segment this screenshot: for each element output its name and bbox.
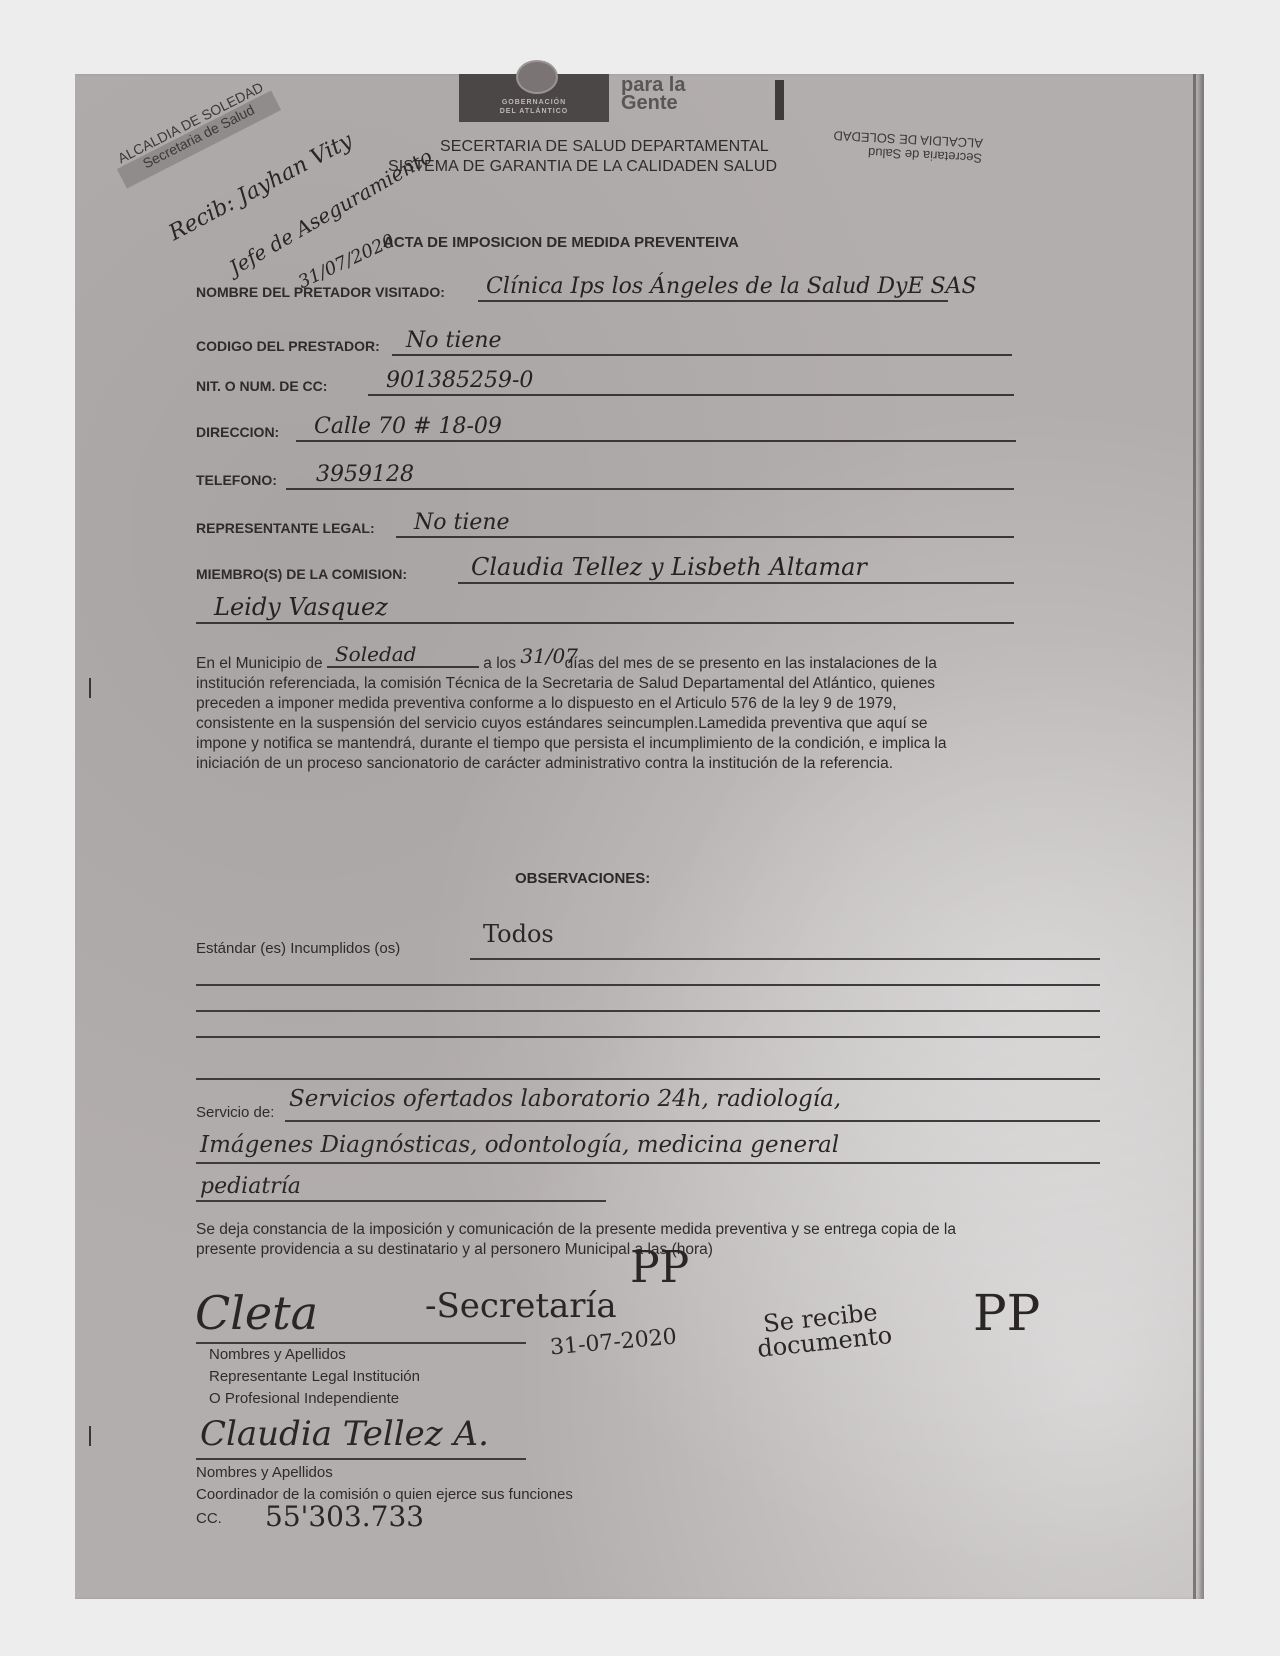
- globe-emblem-icon: [516, 60, 558, 94]
- rep-caption-line3: O Profesional Independiente: [209, 1390, 399, 1407]
- servicio-value-line3: pediatría: [200, 1174, 301, 1199]
- gobernacion-logo: GOBERNACIÓN DEL ATLÁNTICO: [459, 74, 609, 122]
- statement-paragraph: En el Municipio de Soledad a los 31/07 d…: [196, 648, 976, 774]
- field-representante-legal: REPRESENTANTE LEGAL: No tiene: [196, 512, 1016, 538]
- coord-caption-line1: Nombres y Apellidos: [196, 1464, 333, 1481]
- alcaldia-stamp-right: Secretaria de Salud ALCALDIA DE SOLEDAD: [832, 128, 983, 166]
- rep-caption-line2: Representante Legal Institución: [209, 1368, 420, 1385]
- cc-label: CC.: [196, 1510, 222, 1527]
- logo-slogan: para la Gente: [621, 76, 685, 112]
- municipio-fill: Soledad: [327, 648, 479, 668]
- day-fill: 31/07: [520, 650, 560, 668]
- logo-org-line1: GOBERNACIÓN: [459, 98, 609, 107]
- field-prestador-name: NOMBRE DEL PRETADOR VISITADO: Clínica Ip…: [196, 276, 1156, 302]
- logo-divider: [775, 80, 784, 120]
- margin-mark: [89, 678, 91, 698]
- estandares-label: Estándar (es) Incumplidos (os): [196, 940, 400, 957]
- field-direccion: DIRECCION: Calle 70 # 18-09: [196, 416, 1016, 442]
- header-system: SISTEMA DE GARANTIA DE LA CALIDADEN SALU…: [388, 158, 777, 176]
- field-nit: NIT. O NUM. DE CC: 901385259-0: [196, 370, 1016, 396]
- scanned-document-page: GOBERNACIÓN DEL ATLÁNTICO para la Gente …: [75, 74, 1204, 1599]
- alcaldia-stamp-left: ALCALDIA DE SOLEDAD Secretaria de Salud: [115, 79, 273, 181]
- secretaria-date: 31-07-2020: [549, 1325, 678, 1361]
- secretaria-note: -Secretaría: [425, 1286, 617, 1326]
- field-miembros-comision: MIEMBRO(S) DE LA COMISION: Claudia Telle…: [196, 558, 1156, 584]
- page-edge-shadow: [1193, 74, 1196, 1599]
- document-title: ACTA DE IMPOSICION DE MEDIDA PREVENTEIVA: [383, 234, 739, 251]
- observaciones-heading: OBSERVACIONES:: [515, 870, 650, 887]
- servicio-label: Servicio de:: [196, 1104, 274, 1121]
- estandares-value: Todos: [483, 920, 554, 948]
- logo-org-line2: DEL ATLÁNTICO: [459, 107, 609, 116]
- initials-mark-small: PP: [630, 1242, 689, 1293]
- closing-paragraph: Se deja constancia de la imposición y co…: [196, 1220, 986, 1260]
- initials-mark: PP: [973, 1284, 1040, 1342]
- rep-signature: Cleta: [195, 1286, 318, 1340]
- servicio-value-line2: Imágenes Diagnósticas, odontología, medi…: [200, 1132, 839, 1158]
- cc-value: 55'303.733: [265, 1500, 424, 1533]
- coord-signature: Claudia Tellez A.: [200, 1414, 489, 1454]
- margin-mark: [89, 1426, 91, 1446]
- servicio-value-line1: Servicios ofertados laboratorio 24h, rad…: [289, 1086, 841, 1112]
- rep-caption-line1: Nombres y Apellidos: [209, 1346, 346, 1363]
- field-codigo-prestador: CODIGO DEL PRESTADOR: No tiene: [196, 330, 1016, 356]
- field-telefono: TELEFONO: 3959128: [196, 464, 1016, 490]
- field-miembros-comision-cont: Leidy Vasquez: [196, 598, 1016, 624]
- header-department: SECERTARIA DE SALUD DEPARTAMENTAL: [440, 138, 769, 156]
